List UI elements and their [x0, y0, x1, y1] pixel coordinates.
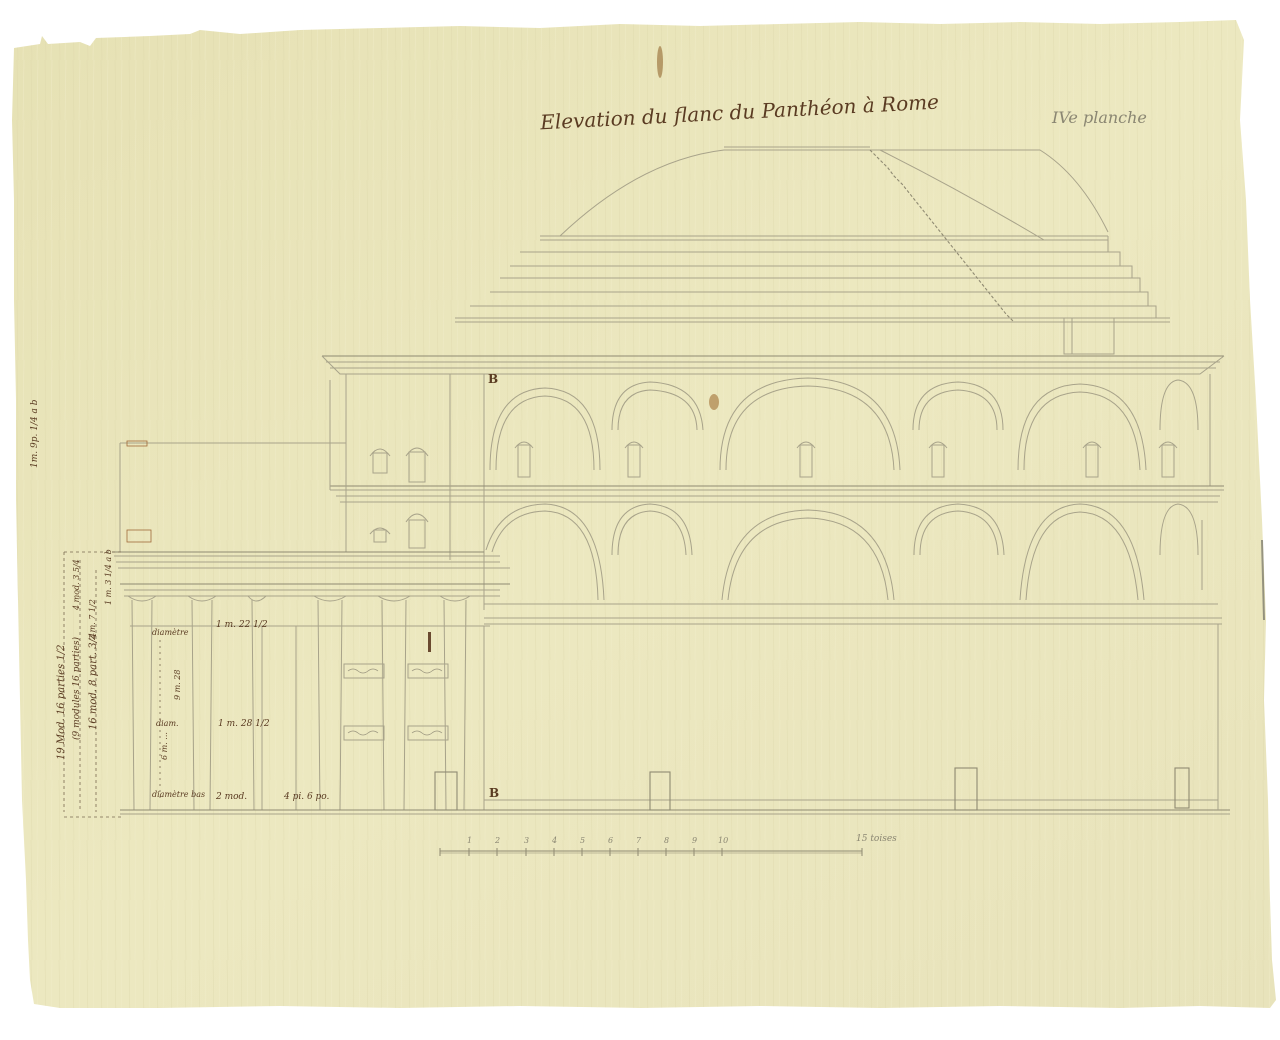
marker-b-upper: B — [488, 372, 498, 386]
marker-b-lower: B — [489, 786, 499, 800]
dimension-entablature-b: 2 m. 7 1/2 — [88, 599, 97, 640]
scale-tick-10: 10 — [718, 836, 728, 845]
scale-tick-7: 7 — [636, 836, 641, 845]
diameter-base-value: 2 mod. — [216, 792, 247, 802]
dimension-entablature-a: 4 mod. 3 5/4 — [72, 559, 81, 610]
scale-tick-2: 2 — [495, 836, 500, 845]
diameter-base-label: diamètre bas — [152, 790, 205, 799]
dimension-capital: 1 m. 3 1/4 a b — [104, 549, 113, 605]
diameter-mid-label: diam. — [156, 719, 179, 728]
scale-tick-3: 3 — [524, 836, 529, 845]
shaft-height-lower: 6 m. ... — [160, 732, 169, 760]
scale-tick-8: 8 — [664, 836, 669, 845]
dimension-column-height: 16 mod. 8 part. 3/4 — [88, 633, 99, 730]
scale-tick-5: 5 — [580, 836, 585, 845]
dimension-order-height: (9 modules 16 parties) — [72, 637, 82, 740]
paper — [12, 20, 1276, 1008]
diameter-mid-value: 1 m. 28 1/2 — [218, 719, 270, 729]
scale-tick-1: 1 — [467, 836, 472, 845]
shaft-height: 9 m. 28 — [173, 670, 182, 700]
dimension-top-note: 1m. 9p. 1/4 a b — [30, 399, 40, 468]
scale-tick-4: 4 — [552, 836, 557, 845]
intercolumn-value: 4 pi. 6 po. — [284, 792, 329, 802]
architectural-elevation-drawing — [0, 0, 1280, 1040]
scale-end-label: 15 toises — [856, 834, 897, 844]
scale-tick-6: 6 — [608, 836, 613, 845]
diameter-top-label: diamètre — [152, 628, 189, 637]
scale-tick-9: 9 — [692, 836, 697, 845]
dimension-total-height: 19 Mod. 16 parties 1/2 — [56, 644, 67, 760]
drawing-sheet: Elevation du flanc du Panthéon à Rome IV… — [0, 0, 1280, 1040]
diameter-top-value: 1 m. 22 1/2 — [216, 620, 268, 630]
plate-number: IVe planche — [1052, 108, 1147, 127]
